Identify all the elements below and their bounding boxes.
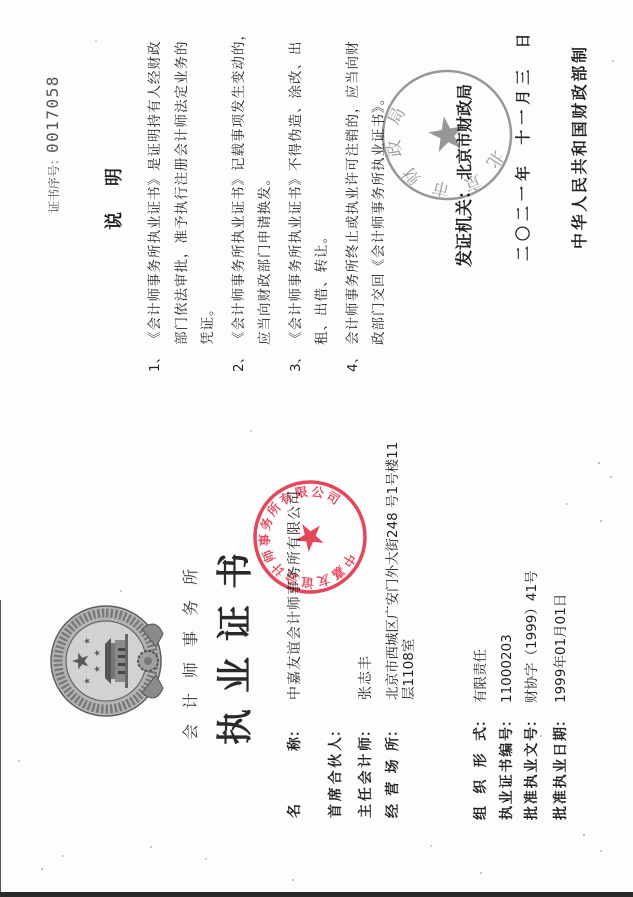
field-label: 主任会计师 <box>357 737 375 818</box>
publisher-footer: 中华人民共和国财政部制 <box>571 44 589 249</box>
field-value: 11000203 <box>498 634 516 703</box>
field-value: 财协字（1999）41号 <box>523 570 541 703</box>
instruction-line: 应当向财政部门申请换发。 <box>252 26 279 345</box>
authority-seal-stamp: 北京市财政局 <box>377 65 517 205</box>
license-spread: 会计师事务所 执业证书 名称 ： 中嘉友谊会计师事务所有限公司 首席合伙人 ： … <box>0 0 633 897</box>
field-value: 1999年01月01日 <box>552 594 570 703</box>
field-label: 执业证书编号 <box>498 727 516 820</box>
seal-ring-text: 北京市财政局 <box>377 93 512 205</box>
field-label: 名称 <box>286 737 304 818</box>
instruction-line: 部门依法审批，准予执行注册会计师法定业务的 <box>169 41 196 346</box>
field-approval-date: 批准执业日期 ： 1999年01月01日 <box>552 594 570 820</box>
instruction-line: 会计师事务所终止或执业许可注销的，应当向财 <box>340 41 367 346</box>
scan-edge-bottom <box>0 892 633 897</box>
scan-speckles <box>0 0 2 2</box>
instruction-item: 2、 《会计师事务所执业证书》记载事项发生变动的， 应当向财政部门申请换发。 <box>226 26 279 372</box>
instruction-text: 《会计师事务所执业证书》是证明持有人经财政 部门依法审批，准予执行注册会计师法定… <box>142 41 222 346</box>
instruction-number: 4、 <box>340 345 393 372</box>
license-subtitle: 会计师事务所 <box>182 554 200 740</box>
field-colon: ： <box>286 725 304 737</box>
firm-seal-stamp: 中嘉友谊会计师事务所有限公司 <box>250 477 370 597</box>
field-label: 经营场所 <box>385 737 401 818</box>
instruction-text: 《会计师事务所执业证书》记载事项发生变动的， 应当向财政部门申请换发。 <box>226 26 279 345</box>
field-colon: ： <box>327 725 345 737</box>
scan-edge-left <box>0 600 1 897</box>
field-label: 批准执业文号 <box>523 727 541 820</box>
field-chief-partner: 首席合伙人 ： <box>327 700 345 818</box>
national-emblem-icon <box>48 603 164 719</box>
field-business-address: 经营场所 ： 北京市西城区广安门外大街248 号1号楼11 层1108室 <box>385 442 417 818</box>
certificate-serial-number: 0017058 <box>43 75 62 153</box>
field-value: 有限责任 <box>472 649 490 703</box>
instruction-number: 3、 <box>283 345 336 372</box>
field-organization-form: 组织形式 ： 有限责任 <box>472 649 490 820</box>
field-value: 张志丰 <box>357 655 375 700</box>
address-line: 层1108室 <box>401 442 417 700</box>
field-value: 北京市西城区广安门外大街248 号1号楼11 层1108室 <box>385 442 417 700</box>
instruction-line: 《会计师事务所执业证书》记载事项发生变动的， <box>226 26 253 345</box>
address-line: 北京市西城区广安门外大街248 号1号楼11 <box>385 442 401 700</box>
field-colon: ： <box>385 725 401 737</box>
instruction-text: 《会计师事务所执业证书》不得伪造、涂改、出 租、出借、转让。 <box>283 41 336 346</box>
field-license-number: 执业证书编号 ： 11000203 <box>498 634 516 820</box>
instruction-line: 租、出借、转让。 <box>309 41 336 346</box>
scanned-document: 会计师事务所 执业证书 名称 ： 中嘉友谊会计师事务所有限公司 首席合伙人 ： … <box>0 0 633 897</box>
field-colon: ： <box>498 715 516 727</box>
instruction-item: 1、 《会计师事务所执业证书》是证明持有人经财政 部门依法审批，准予执行注册会计… <box>142 26 222 372</box>
field-approval-document: 批准执业文号 ： 财协字（1999）41号 <box>523 570 541 820</box>
instruction-line: 《会计师事务所执业证书》不得伪造、涂改、出 <box>283 41 310 346</box>
field-label: 组织形式 <box>472 727 490 820</box>
instruction-line: 凭证。 <box>195 41 222 346</box>
star-icon <box>422 113 470 160</box>
svg-text:北京市财政局: 北京市财政局 <box>377 93 512 205</box>
instruction-item: 3、 《会计师事务所执业证书》不得伪造、涂改、出 租、出借、转让。 <box>283 26 336 372</box>
instruction-number: 2、 <box>226 345 279 372</box>
certificate-serial: 证书序号：0017058 <box>43 75 62 213</box>
instruction-list: 1、 《会计师事务所执业证书》是证明持有人经财政 部门依法审批，准予执行注册会计… <box>142 26 393 372</box>
field-chief-accountant: 主任会计师 ： 张志丰 <box>357 655 375 818</box>
field-colon: ： <box>472 715 490 727</box>
field-colon: ： <box>357 725 375 737</box>
instruction-number: 1、 <box>142 345 222 372</box>
field-colon: ： <box>523 715 541 727</box>
instructions-title: 说明 <box>105 142 125 230</box>
certificate-serial-label: 证书序号： <box>47 153 61 213</box>
instruction-line: 《会计师事务所执业证书》是证明持有人经财政 <box>142 41 169 346</box>
star-icon <box>292 520 325 554</box>
field-label: 首席合伙人 <box>327 737 345 818</box>
field-label: 批准执业日期 <box>552 727 570 820</box>
field-colon: ： <box>552 715 570 727</box>
